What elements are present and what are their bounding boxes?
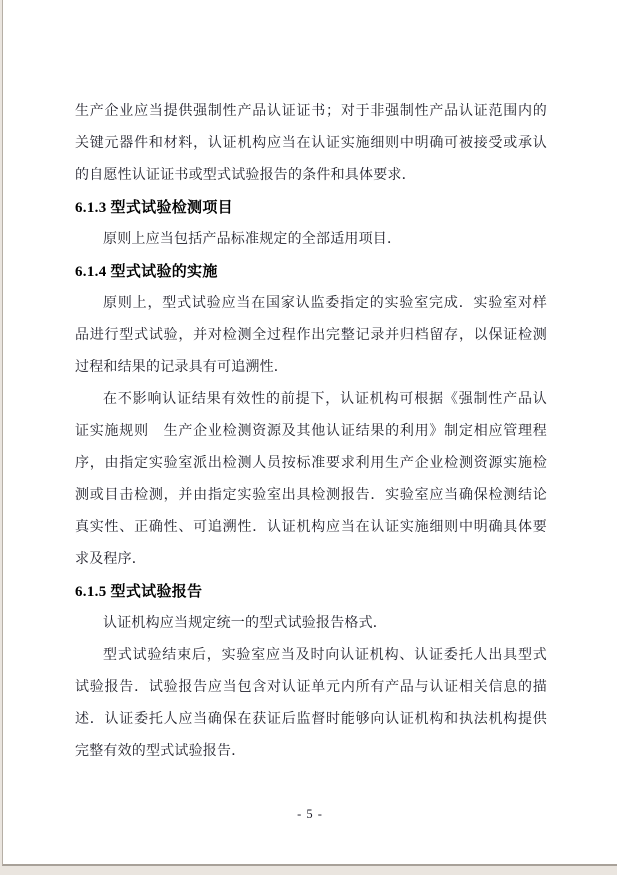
section-heading: 6.1.5 型式试验报告 (75, 576, 547, 608)
document-page: 生产企业应当提供强制性产品认证证书；对于非强制性产品认证范围内的关键元器件和材料… (2, 0, 617, 866)
body-text-line: 原则上，型式试验应当在国家认监委指定的实验室完成．实验室对样 (75, 288, 547, 320)
body-text-line: 过程和结果的记录具有可追溯性． (75, 352, 547, 384)
section-heading: 6.1.3 型式试验检测项目 (75, 192, 547, 224)
document-body: 生产企业应当提供强制性产品认证证书；对于非强制性产品认证范围内的关键元器件和材料… (3, 0, 617, 768)
body-text-line: 型式试验结束后，实验室应当及时向认证机构、认证委托人出具型式 (75, 640, 547, 672)
body-text-line: 序，由指定实验室派出检测人员按标准要求利用生产企业检测资源实施检 (75, 448, 547, 480)
page-number: - 5 - (3, 807, 617, 822)
body-text-line: 认证机构应当规定统一的型式试验报告格式． (75, 608, 547, 640)
body-text-line: 求及程序． (75, 544, 547, 576)
body-text-line: 的自愿性认证证书或型式试验报告的条件和具体要求． (75, 160, 547, 192)
body-text-line: 在不影响认证结果有效性的前提下，认证机构可根据《强制性产品认 (75, 384, 547, 416)
body-text-line: 述．认证委托人应当确保在获证后监督时能够向认证机构和执法机构提供 (75, 704, 547, 736)
body-text-line: 关键元器件和材料，认证机构应当在认证实施细则中明确可被接受或承认 (75, 128, 547, 160)
body-text-line: 真实性、正确性、可追溯性．认证机构应当在认证实施细则中明确具体要 (75, 512, 547, 544)
body-text-line: 生产企业应当提供强制性产品认证证书；对于非强制性产品认证范围内的 (75, 96, 547, 128)
body-text-line: 测或目击检测，并由指定实验室出具检测报告．实验室应当确保检测结论 (75, 480, 547, 512)
body-text-line: 品进行型式试验，并对检测全过程作出完整记录并归档留存，以保证检测 (75, 320, 547, 352)
section-heading: 6.1.4 型式试验的实施 (75, 256, 547, 288)
body-text-line: 试验报告．试验报告应当包含对认证单元内所有产品与认证相关信息的描 (75, 672, 547, 704)
body-text-line: 完整有效的型式试验报告． (75, 736, 547, 768)
body-text-line: 原则上应当包括产品标准规定的全部适用项目． (75, 224, 547, 256)
body-text-line: 证实施规则 生产企业检测资源及其他认证结果的利用》制定相应管理程 (75, 416, 547, 448)
